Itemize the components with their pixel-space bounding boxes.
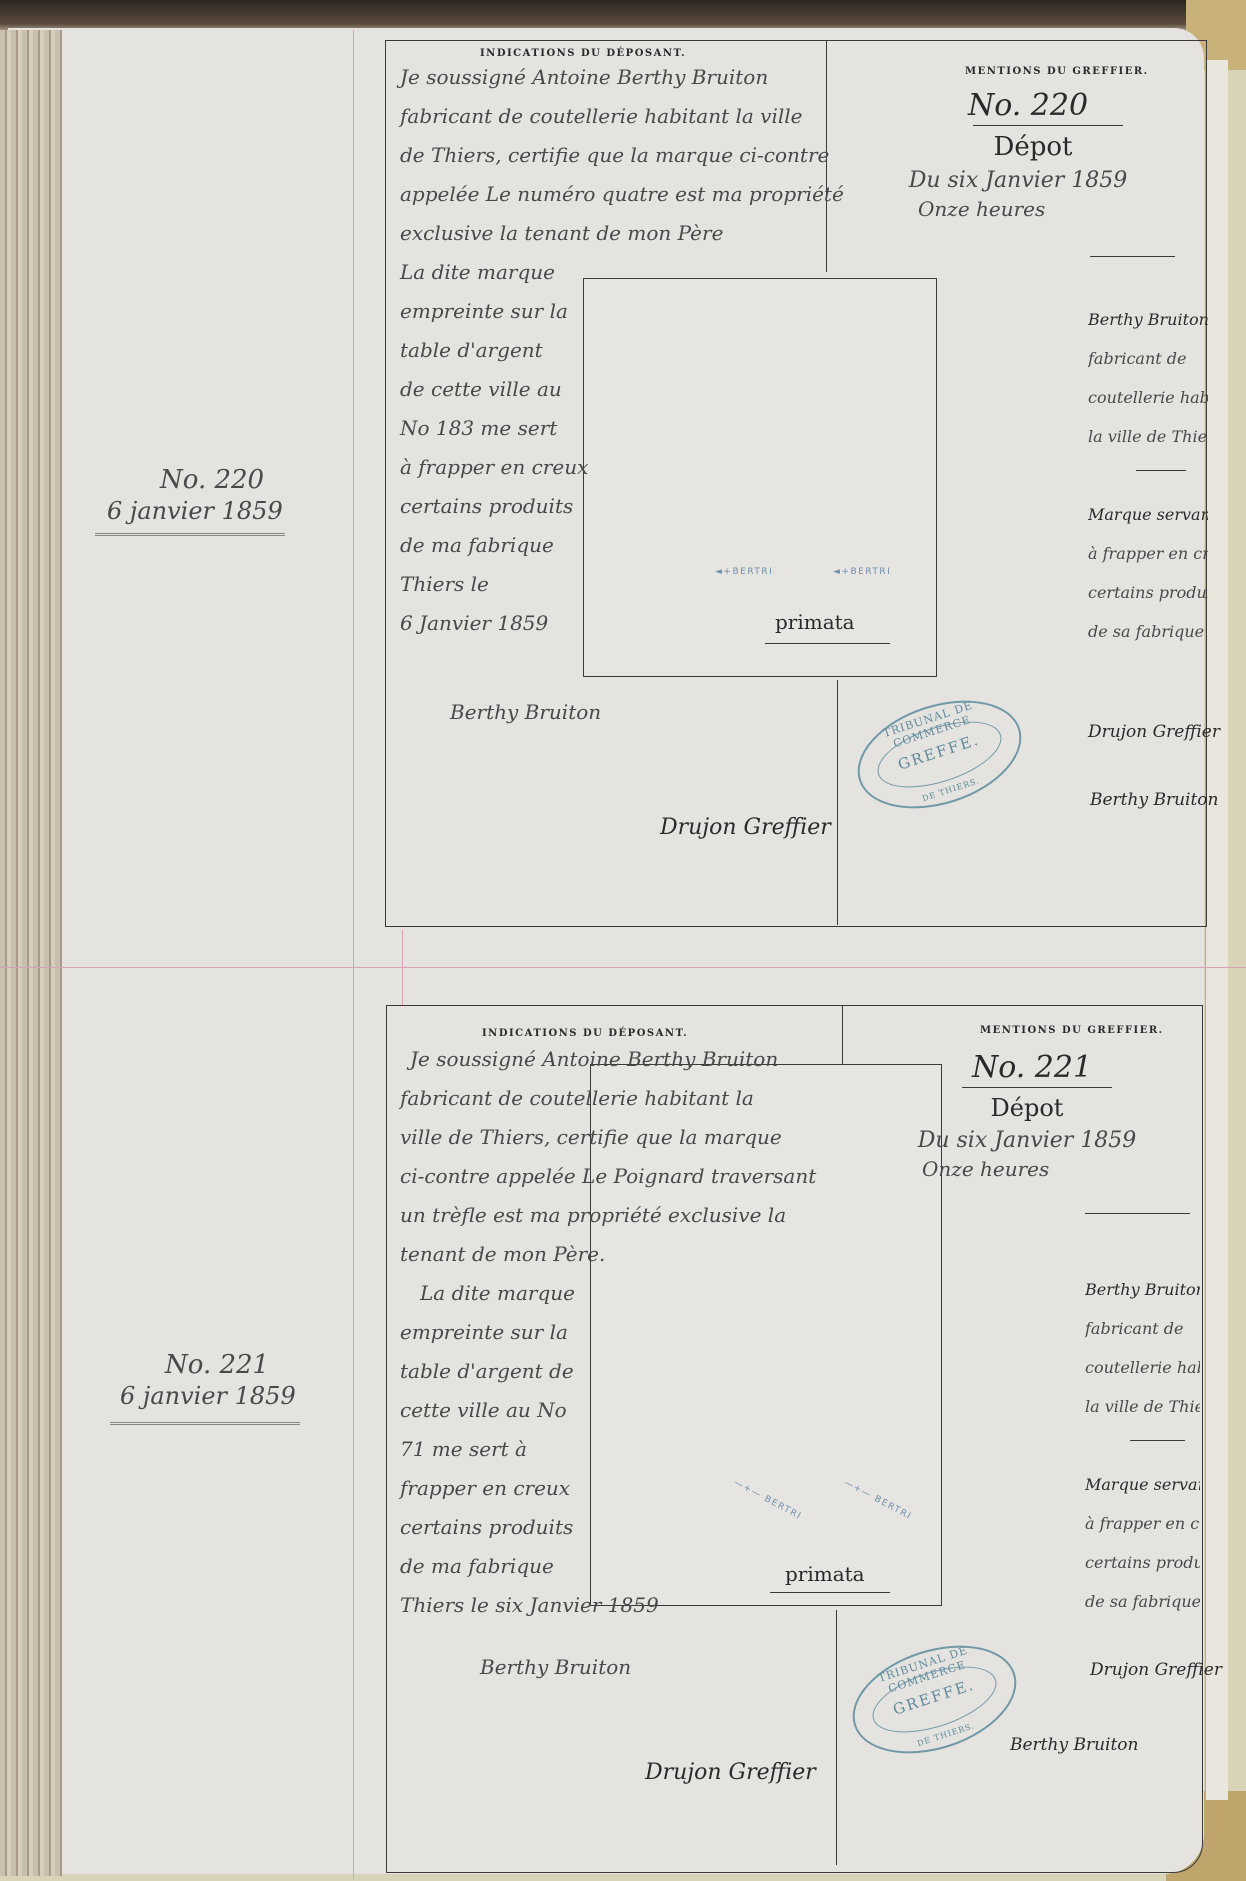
entry-number: No. 220 [868, 88, 1188, 123]
depositor-signature-right: Berthy Bruiton [1090, 790, 1219, 810]
depot-date: Du six Janvier 1859 [862, 1128, 1192, 1153]
greffier-notes-221: Berthy Bruiton fabricant de coutellerie … [1085, 1270, 1200, 1621]
greffier-signature: Drujon Greffier [1090, 1660, 1222, 1680]
heading-greffier: MENTIONS DU GREFFIER. [965, 66, 1149, 77]
deposant-signature: Berthy Bruiton [480, 1655, 631, 1679]
depot-title: Dépot [878, 132, 1188, 162]
deposant-declaration: Je soussigné Antoine Berthy Bruiton fabr… [400, 1040, 840, 1625]
heading-greffier: MENTIONS DU GREFFIER. [980, 1025, 1164, 1036]
depositor-signature-right: Berthy Bruiton [1010, 1735, 1139, 1755]
clerk-signature: Drujon Greffier [660, 815, 831, 840]
greffier-block-221: No. 221 Dépot Du six Janvier 1859 Onze h… [862, 1050, 1192, 1181]
mark-name: primata [775, 610, 855, 634]
mark-stamp-1: ◄+BERTRI [715, 567, 773, 577]
depot-time: Onze heures [862, 1157, 1192, 1181]
mark-stamp-2: ◄+BERTRI [833, 567, 891, 577]
column-divider [836, 1610, 837, 1865]
margin-number: No. 220 [95, 465, 285, 495]
depot-time: Onze heures [848, 197, 1188, 221]
margin-date: 6 janvier 1859 [95, 497, 285, 525]
deposant-declaration: Je soussigné Antoine Berthy Bruiton fabr… [400, 58, 820, 643]
margin-line [353, 30, 354, 1880]
clerk-signature: Drujon Greffier [645, 1760, 816, 1785]
depot-date: Du six Janvier 1859 [848, 168, 1188, 193]
depot-title: Dépot [862, 1094, 1192, 1122]
page-edges [0, 30, 62, 1876]
margin-note-220: No. 220 6 janvier 1859 [95, 465, 285, 536]
arrow-mark-icon: ◄+ [833, 567, 850, 577]
greffier-notes-220: Berthy Bruiton fabricant de coutellerie … [1088, 300, 1208, 651]
ruled-line [0, 967, 1246, 968]
deposant-signature: Berthy Bruiton [450, 700, 601, 724]
entry-number: No. 221 [872, 1050, 1192, 1085]
greffier-block-220: No. 220 Dépot Du six Janvier 1859 Onze h… [848, 88, 1188, 221]
page-edges-right [1205, 60, 1228, 1800]
column-divider [837, 680, 838, 925]
greffier-signature: Drujon Greffier [1088, 722, 1220, 742]
margin-date: 6 janvier 1859 [110, 1382, 300, 1410]
arrow-mark-icon: ◄+ [715, 567, 732, 577]
heading-deposant: INDICATIONS DU DÉPOSANT. [482, 1028, 688, 1039]
margin-note-221: No. 221 6 janvier 1859 [110, 1350, 300, 1425]
mark-name: primata [785, 1562, 865, 1586]
margin-number: No. 221 [110, 1350, 300, 1380]
